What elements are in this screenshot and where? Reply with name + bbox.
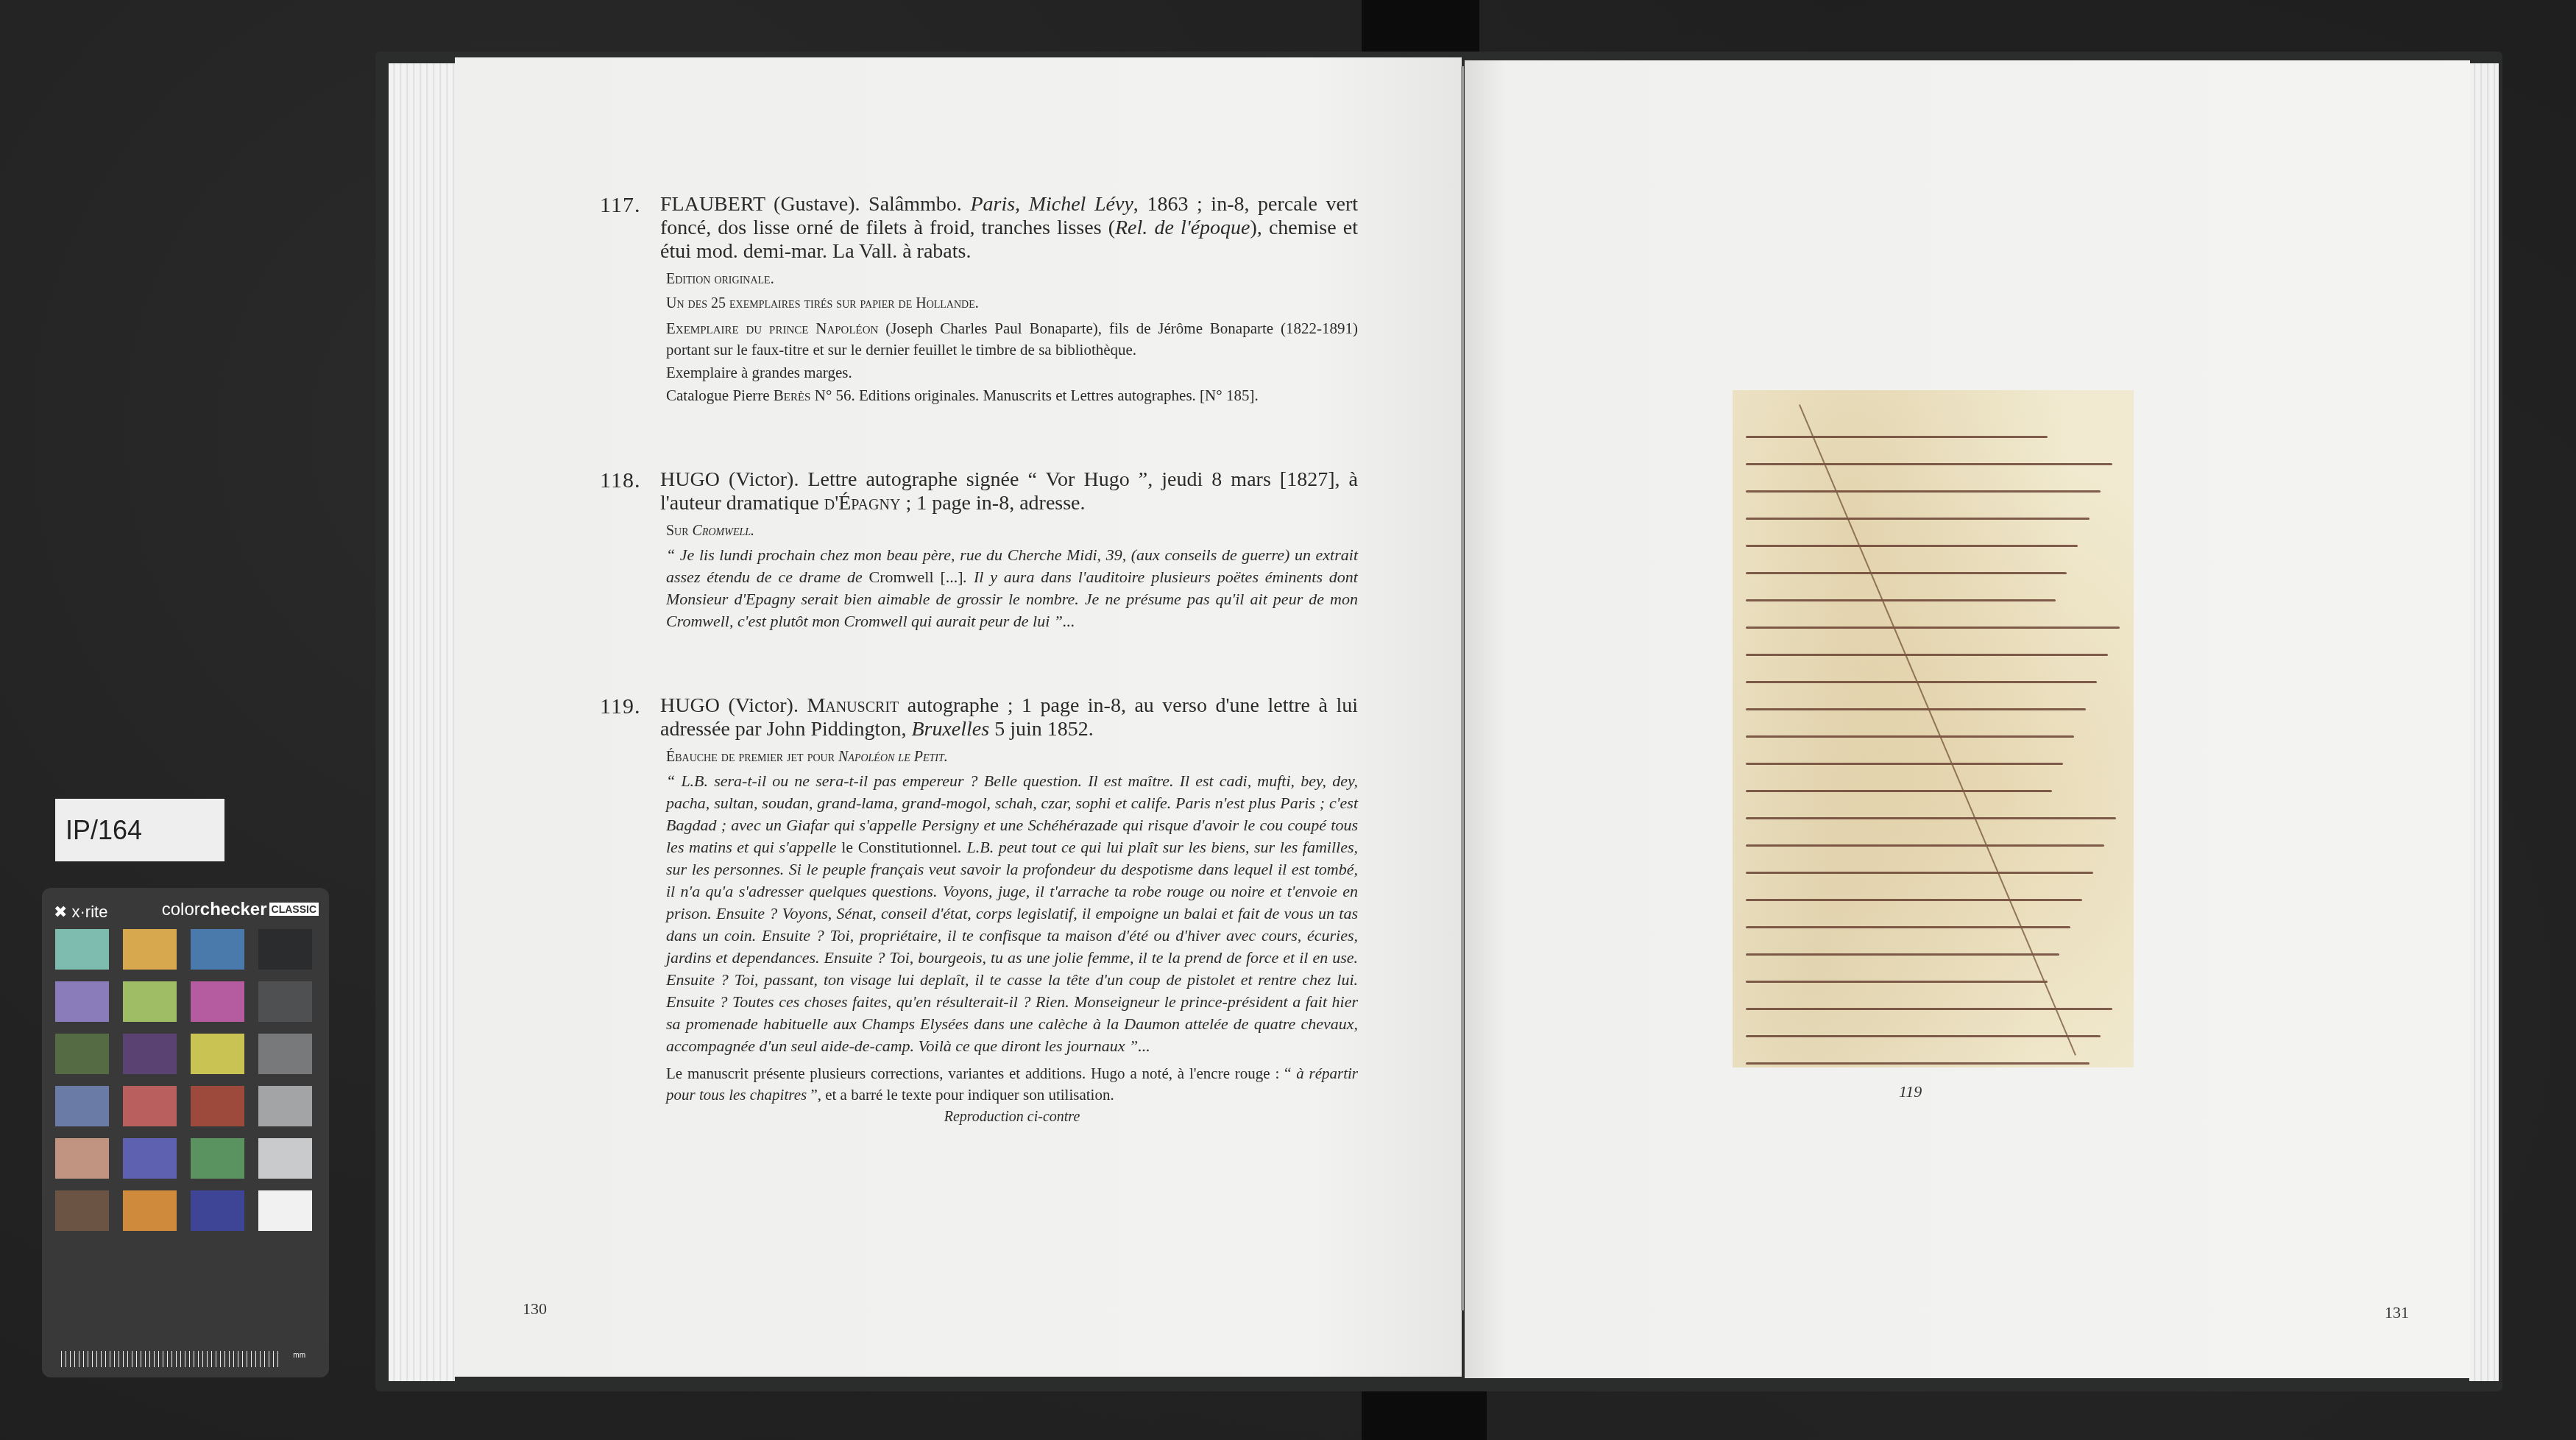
handwriting-lines [1746, 411, 2123, 1065]
color-swatch [55, 929, 109, 970]
page-stack-right [2469, 63, 2499, 1381]
catalogue-entries: 117. FLAUBERT (Gustave). Salâmmbo. Paris… [600, 193, 1358, 1126]
color-swatch [55, 1034, 109, 1074]
color-swatch [258, 1190, 312, 1231]
color-swatches [55, 929, 312, 1231]
manuscript-quote: “ L.B. sera-t-il ou ne sera-t-il pas emp… [660, 770, 1358, 1057]
page-stack-left [389, 63, 455, 1381]
page-number-left: 130 [523, 1299, 547, 1319]
handwriting-line [1746, 518, 2090, 520]
page-number-right: 131 [2385, 1303, 2409, 1322]
handwriting-line [1746, 599, 2056, 601]
color-swatch [123, 1086, 177, 1126]
color-swatch [191, 1034, 244, 1074]
color-swatch [123, 981, 177, 1022]
handwriting-line [1746, 545, 2078, 547]
handwriting-line [1746, 844, 2104, 847]
handwriting-line [1746, 899, 2082, 901]
figure-caption: 119 [1899, 1082, 1922, 1101]
gutter-shadow-top [1362, 0, 1479, 57]
handwriting-line [1746, 763, 2063, 765]
ruler-unit: mm [293, 1352, 305, 1360]
color-checker-card: ✖ x·rite colorcheckerCLASSIC mm [42, 888, 329, 1377]
book-gutter [1461, 66, 1464, 1310]
reproduction-note: Reproduction ci-contre [660, 1109, 1358, 1126]
entry-heading: HUGO (Victor). Lettre autographe signée … [660, 468, 1358, 515]
handwriting-line [1746, 817, 2116, 819]
entry-number: 117. [600, 193, 640, 218]
color-swatch [258, 1034, 312, 1074]
letter-quote: “ Je lis lundi prochain chez mon beau pè… [660, 544, 1358, 632]
color-swatch [55, 1190, 109, 1231]
color-swatch [258, 981, 312, 1022]
mm-ruler [61, 1351, 282, 1367]
entry-118: 118. HUGO (Victor). Lettre autographe si… [600, 468, 1358, 632]
handwriting-line [1746, 1035, 2101, 1037]
handwriting-line [1746, 463, 2112, 465]
handwriting-line [1746, 872, 2093, 874]
color-swatch [55, 1086, 109, 1126]
archive-label-text: IP/164 [66, 815, 142, 846]
handwriting-line [1746, 490, 2101, 493]
handwriting-line [1746, 708, 2086, 710]
handwriting-line [1746, 953, 2059, 956]
colorchecker-title: colorcheckerCLASSIC [162, 900, 319, 920]
paper-note: Un des 25 exemplaires tirés sur papier d… [660, 295, 1358, 312]
entry-number: 119. [600, 694, 640, 719]
manuscript-image [1733, 390, 2134, 1067]
handwriting-line [1746, 627, 2120, 629]
color-swatch [191, 1190, 244, 1231]
entry-heading: FLAUBERT (Gustave). Salâmmbo. Paris, Mic… [660, 193, 1358, 264]
subject-note: Ébauche de premier jet pour Napoléon le … [660, 749, 1358, 766]
xrite-logo: ✖ x·rite [54, 903, 107, 922]
color-swatch [55, 981, 109, 1022]
manuscript-remark: Le manuscrit présente plusieurs correcti… [660, 1063, 1358, 1106]
color-swatch [55, 1138, 109, 1179]
color-swatch [123, 929, 177, 970]
archive-label: IP/164 [55, 799, 224, 861]
entry-119: 119. HUGO (Victor). Manuscrit autographe… [600, 694, 1358, 1126]
color-swatch [191, 981, 244, 1022]
entry-number: 118. [600, 468, 640, 493]
color-swatch [123, 1034, 177, 1074]
color-swatch [258, 1138, 312, 1179]
catalogue-reference: Catalogue Pierre Berès N° 56. Editions o… [660, 385, 1358, 406]
color-swatch [123, 1138, 177, 1179]
handwriting-line [1746, 572, 2067, 574]
handwriting-line [1746, 436, 2048, 438]
handwriting-line [1746, 681, 2097, 683]
edition-note: Edition originale. [660, 271, 1358, 288]
color-swatch [258, 929, 312, 970]
color-swatch [123, 1190, 177, 1231]
handwriting-line [1746, 790, 2052, 792]
handwriting-line [1746, 735, 2074, 738]
handwriting-line [1746, 654, 2108, 656]
handwriting-line [1746, 1062, 2090, 1065]
provenance-note: Exemplaire du prince Napoléon (Joseph Ch… [660, 318, 1358, 361]
color-swatch [191, 1086, 244, 1126]
handwriting-line [1746, 981, 2048, 983]
color-swatch [191, 1138, 244, 1179]
color-swatch [191, 929, 244, 970]
entry-117: 117. FLAUBERT (Gustave). Salâmmbo. Paris… [600, 193, 1358, 406]
entry-heading: HUGO (Victor). Manuscrit autographe ; 1 … [660, 694, 1358, 741]
margins-note: Exemplaire à grandes marges. [660, 362, 1358, 384]
subject-note: Sur Cromwell. [660, 523, 1358, 540]
color-swatch [258, 1086, 312, 1126]
